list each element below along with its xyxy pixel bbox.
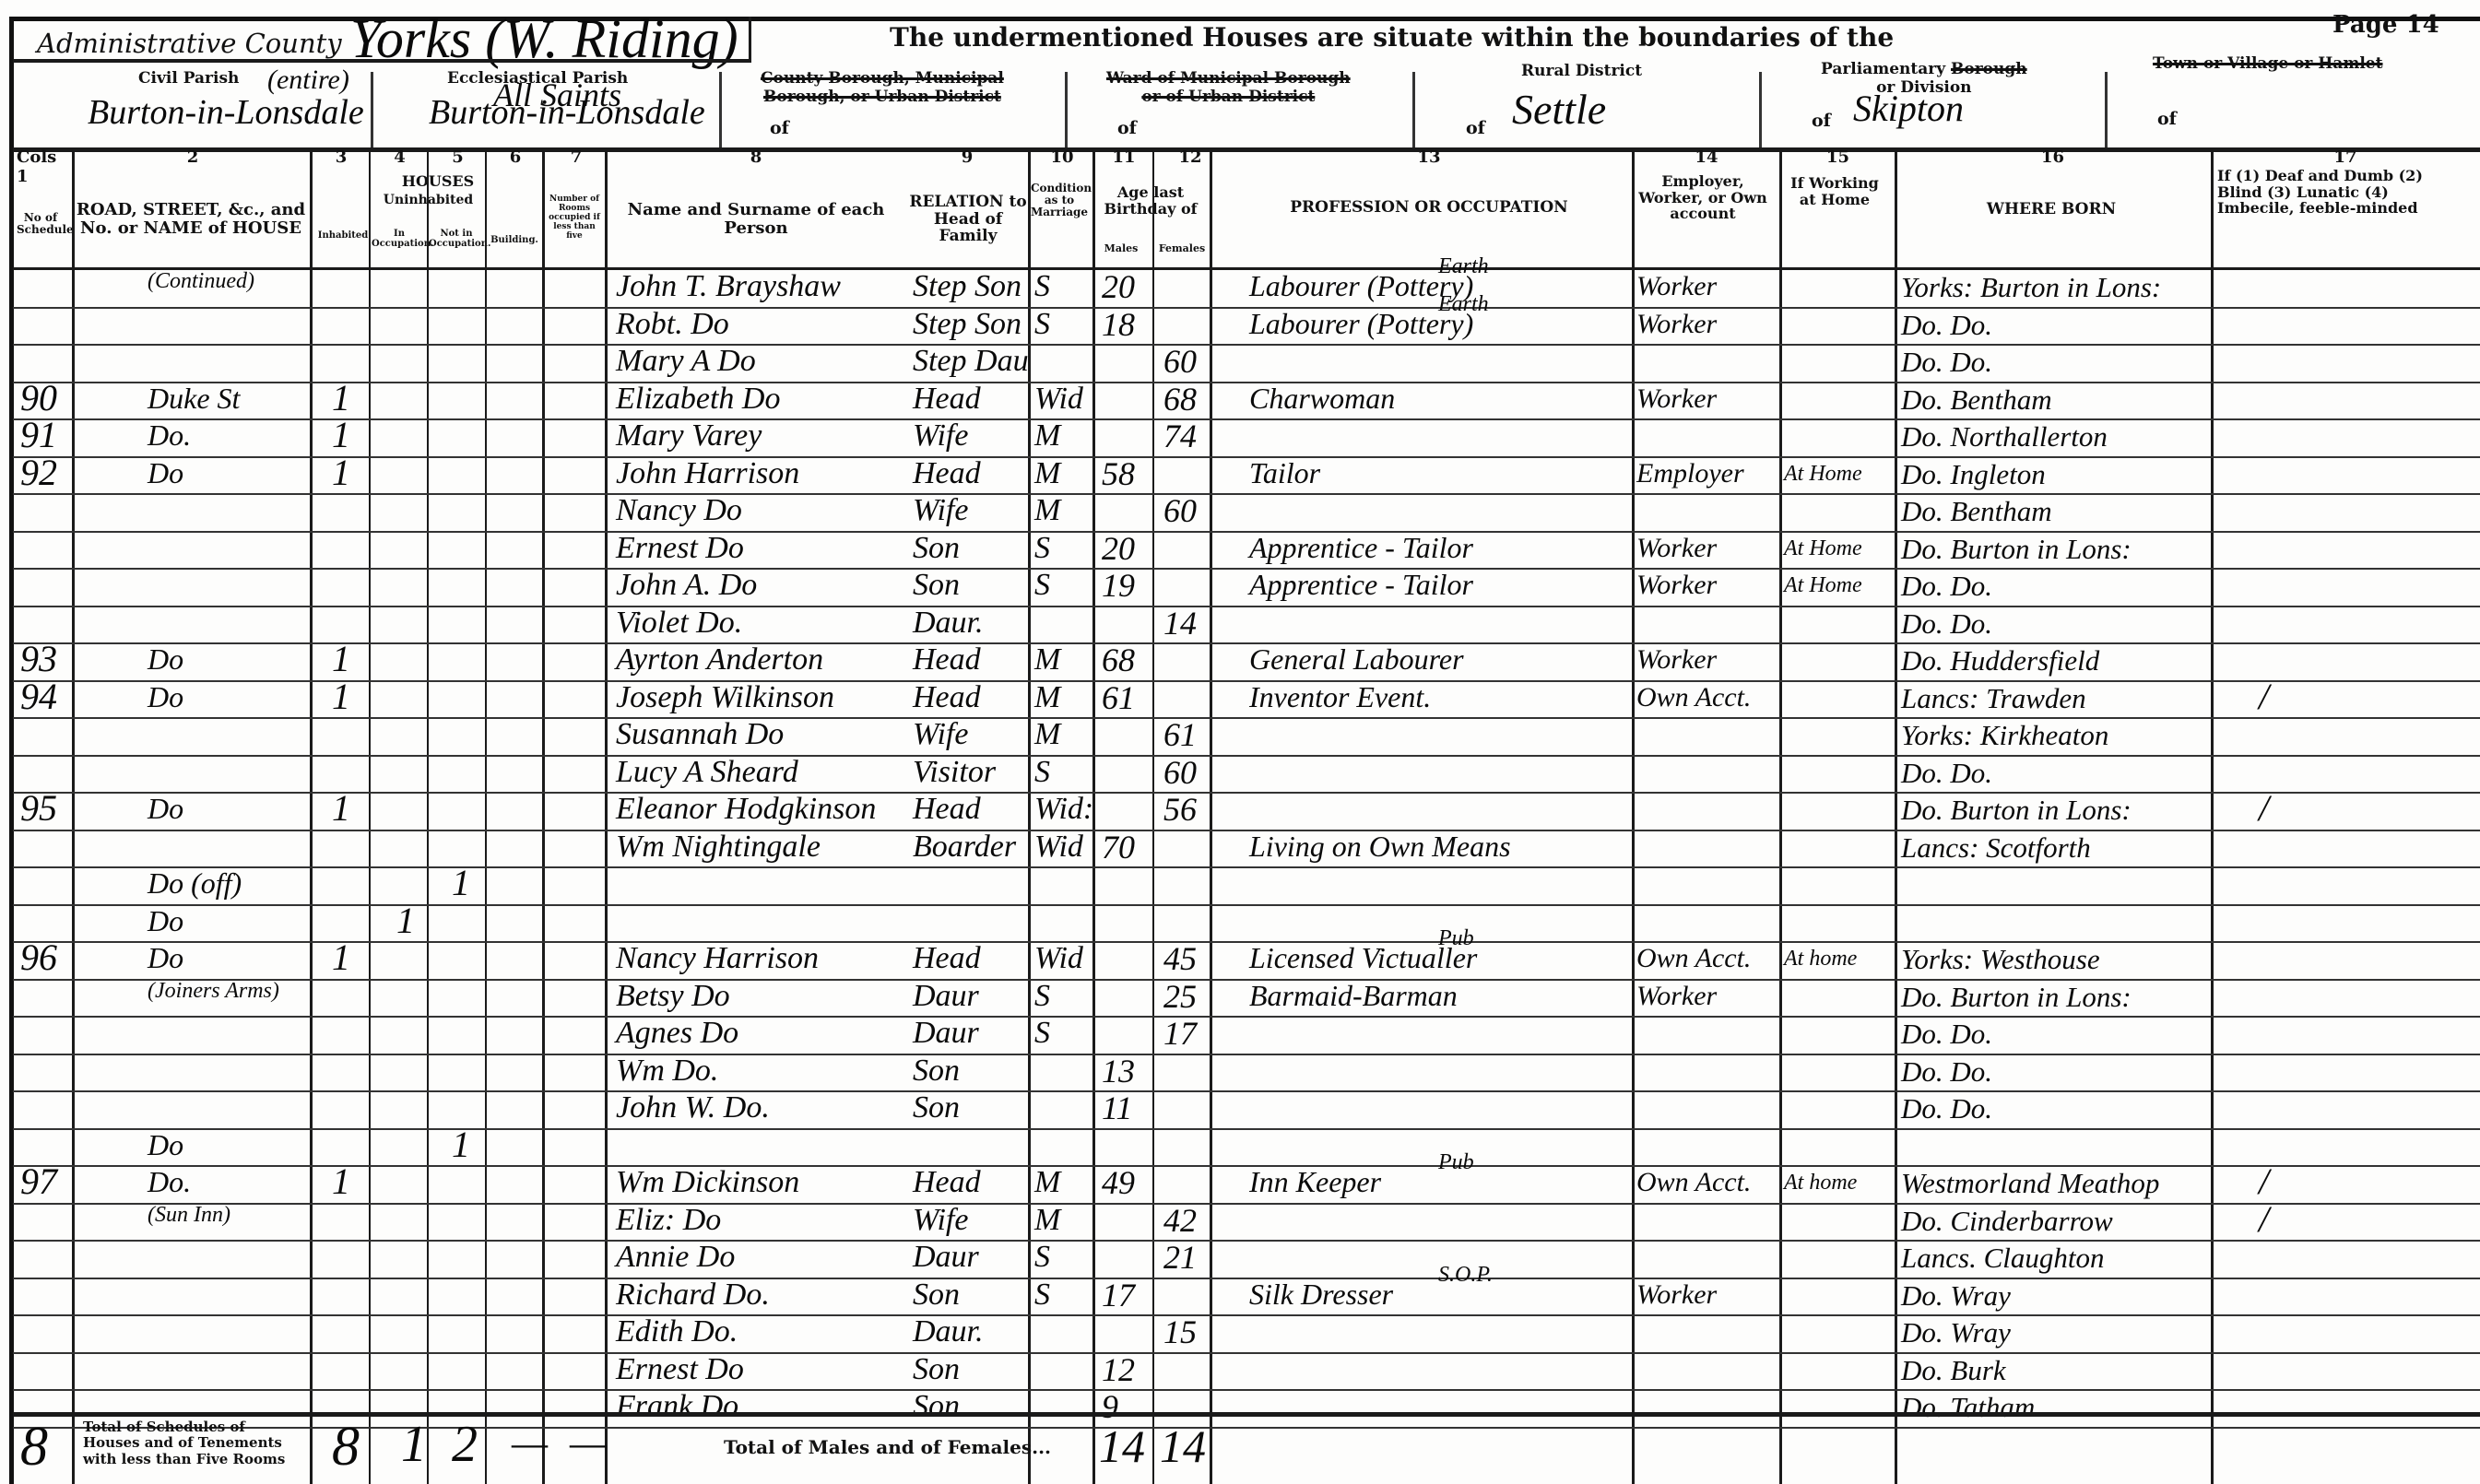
- cell-name: Violet Do.: [616, 606, 742, 641]
- column-number: 8: [608, 147, 903, 167]
- cell-relation: Daur: [913, 979, 979, 1014]
- title-divider: [749, 17, 751, 63]
- col-schedule-header: No of Schedule: [17, 212, 65, 236]
- cell-female-age: 74: [1163, 417, 1197, 455]
- cell-condition: Wid:: [1034, 792, 1093, 827]
- cell-address: Do.: [148, 1165, 191, 1199]
- cell-address: Duke St: [148, 382, 240, 416]
- cell-relation: Head: [913, 941, 981, 976]
- cell-name: Elizabeth Do: [616, 382, 780, 417]
- cell-name: Eliz: Do: [616, 1203, 721, 1238]
- civil-parish-note: (entire): [267, 65, 349, 96]
- cell-where-born: Do. Bentham: [1901, 495, 2052, 528]
- cell-condition: S: [1034, 755, 1050, 790]
- col-infirmity-header: If (1) Deaf and Dumb (2) Blind (3) Lunat…: [2217, 168, 2466, 217]
- cell-male-age: 70: [1102, 828, 1135, 866]
- cell-name: Ernest Do: [616, 531, 744, 566]
- column-rule: [485, 152, 487, 1484]
- cell-inhabited: 1: [332, 675, 350, 718]
- cell-female-age: 17: [1163, 1014, 1197, 1053]
- cell-employment: Worker: [1636, 1279, 1717, 1311]
- cell-schedule: 95: [20, 786, 57, 830]
- total-inhabited: 8: [332, 1415, 360, 1478]
- cell-where-born: Do. Ingleton: [1901, 458, 2046, 491]
- cell-female-age: 60: [1163, 753, 1197, 792]
- column-rule: [1895, 152, 1897, 1484]
- cell-female-age: 60: [1163, 342, 1197, 381]
- column-number: 13: [1226, 147, 1632, 167]
- cell-condition: M: [1034, 717, 1060, 752]
- col-age-header: Age last Birthday of: [1095, 184, 1206, 217]
- column-rule: [605, 152, 608, 1484]
- column-rule: [1152, 152, 1154, 1484]
- cell-condition: M: [1034, 418, 1060, 453]
- cell-schedule: 94: [20, 675, 57, 718]
- row-rule: [13, 1278, 2480, 1279]
- cell-relation: Head: [913, 1165, 981, 1200]
- of-label: of: [2157, 109, 2177, 129]
- cell-name: Wm Dickinson: [616, 1165, 799, 1200]
- cell-address: Do.: [148, 418, 191, 453]
- cell-name: Robt. Do: [616, 307, 729, 342]
- cell-employment: Worker: [1636, 533, 1717, 564]
- cell-occ-note: Pub: [1438, 1150, 1474, 1175]
- totals-label: Total of Schedules of Houses and of Tene…: [83, 1419, 300, 1467]
- cell-female-age: 68: [1163, 380, 1197, 418]
- of-label: of: [1812, 111, 1831, 131]
- cell-male-age: 68: [1102, 641, 1135, 679]
- row-rule: [13, 830, 2480, 831]
- row-rule: [13, 717, 2480, 719]
- cell-relation: Son: [913, 1054, 960, 1089]
- cell-relation: Son: [913, 1389, 960, 1424]
- column-number: 17: [2211, 147, 2480, 167]
- of-label: of: [1117, 118, 1137, 138]
- cell-notocc: 1: [452, 861, 470, 904]
- parliamentary-division-value: Skipton: [1853, 87, 1964, 130]
- cell-occ-note: Pub: [1438, 926, 1474, 951]
- column-rule: [310, 152, 313, 1484]
- cell-relation: Son: [913, 1278, 960, 1313]
- cell-name: Joseph Wilkinson: [616, 680, 834, 715]
- row-rule: [13, 680, 2480, 682]
- cell-employment: Worker: [1636, 271, 1717, 302]
- cell-condition: S: [1034, 979, 1050, 1014]
- cell-where-born: Yorks: Kirkheaton: [1901, 719, 2108, 752]
- cell-employment: Own Acct.: [1636, 682, 1751, 713]
- column-number: 15: [1781, 147, 1895, 167]
- header-divider: [371, 72, 373, 150]
- row-rule: [13, 1427, 2480, 1429]
- cell-condition: S: [1034, 568, 1050, 603]
- column-number: 6: [487, 147, 544, 167]
- cell-male-age: 58: [1102, 454, 1135, 493]
- cell-relation: Step Dau: [913, 344, 1029, 379]
- cell-female-age: 14: [1163, 604, 1197, 642]
- cell-employment: Worker: [1636, 309, 1717, 340]
- cell-relation: Head: [913, 680, 981, 715]
- eccl-parish-value: Burton-in-Lonsdale: [429, 92, 705, 133]
- cell-occupation: Tailor: [1249, 456, 1320, 490]
- header-divider: [1759, 72, 1762, 150]
- cell-infirmity: /: [2259, 786, 2269, 830]
- cell-where-born: Do. Do.: [1901, 1092, 1992, 1125]
- col-relation-header: RELATION to Head of Family: [908, 194, 1028, 245]
- cell-relation: Son: [913, 1090, 960, 1125]
- column-number: 12: [1154, 147, 1226, 167]
- cell-inhabited: 1: [332, 451, 350, 494]
- column-number: 16: [1895, 147, 2211, 167]
- cell-employment: Worker: [1636, 644, 1717, 676]
- cell-name: Mary A Do: [616, 344, 756, 379]
- column-number: 7: [544, 147, 608, 167]
- total-schedules: 8: [20, 1415, 48, 1478]
- frame-left-border: [9, 17, 14, 1484]
- cell-where-born: Do. Burton in Lons:: [1901, 533, 2132, 566]
- cell-address: (Continued): [148, 269, 254, 294]
- cell-name: Ayrton Anderton: [616, 642, 823, 677]
- total-rooms: —: [570, 1419, 606, 1466]
- cell-at-home: At Home: [1784, 536, 1862, 561]
- col-not-in-occupation-header: Not in Occupation.: [429, 229, 484, 249]
- cell-relation: Head: [913, 456, 981, 491]
- cell-where-born: Do. Cinderbarrow: [1901, 1205, 2113, 1238]
- column-rule: [427, 152, 429, 1484]
- cell-where-born: Do. Do.: [1901, 346, 1992, 379]
- cell-male-age: 13: [1102, 1052, 1135, 1090]
- column-rule: [2211, 152, 2214, 1484]
- cell-condition: S: [1034, 531, 1050, 566]
- cell-employment: Employer: [1636, 458, 1744, 489]
- column-number: 11: [1093, 147, 1154, 167]
- parliamentary-label-line1: Parliamentary Borough: [1821, 61, 2027, 79]
- total-males: 14: [1099, 1419, 1145, 1473]
- cell-name: Wm Nightingale: [616, 830, 821, 865]
- cell-relation: Daur: [913, 1016, 979, 1051]
- civil-parish-label: Civil Parish: [138, 70, 239, 88]
- cell-female-age: 56: [1163, 790, 1197, 829]
- town-label: Town or Village or Hamlet: [2153, 55, 2382, 74]
- cell-occupation: Living on Own Means: [1249, 830, 1511, 864]
- cell-address: Do: [148, 680, 183, 714]
- cell-where-born: Do. Burton in Lons:: [1901, 794, 2132, 827]
- civil-parish-value: Burton-in-Lonsdale: [88, 92, 364, 133]
- cell-address: Do: [148, 904, 183, 938]
- row-rule: [13, 904, 2480, 906]
- column-number: 14: [1632, 147, 1781, 167]
- cell-condition: M: [1034, 1165, 1060, 1200]
- cell-relation: Head: [913, 792, 981, 827]
- col-in-occupation-header: In Occupation.: [372, 229, 427, 249]
- cell-condition: M: [1034, 493, 1060, 528]
- cell-where-born: Do. Bentham: [1901, 383, 2052, 417]
- cell-where-born: Lancs: Scotforth: [1901, 831, 2091, 865]
- cell-where-born: Do. Burton in Lons:: [1901, 981, 2132, 1014]
- cell-name: Ernest Do: [616, 1352, 744, 1387]
- cell-male-age: 18: [1102, 305, 1135, 344]
- cell-relation: Step Son: [913, 307, 1022, 342]
- cell-name: Betsy Do: [616, 979, 730, 1014]
- cell-where-born: Yorks: Westhouse: [1901, 943, 2100, 976]
- cell-occupation: Inventor Event.: [1249, 680, 1431, 714]
- row-rule: [13, 1389, 2480, 1391]
- cell-male-age: 49: [1102, 1163, 1135, 1202]
- cell-occupation: Inn Keeper: [1249, 1165, 1381, 1199]
- cell-where-born: Do. Do.: [1901, 607, 1992, 641]
- cell-inhabited: 1: [332, 1160, 350, 1203]
- cell-relation: Daur.: [913, 1314, 984, 1349]
- cell-occupation: Apprentice - Tailor: [1249, 531, 1473, 565]
- column-number: Cols 1: [17, 147, 74, 186]
- county-borough-label-line1: County Borough, Municipal: [761, 70, 1004, 88]
- col-females-header: Females: [1156, 243, 1208, 254]
- cell-name: Frank Do: [616, 1389, 738, 1424]
- col-males-header: Males: [1095, 243, 1147, 254]
- cell-condition: Wid: [1034, 382, 1083, 417]
- cell-relation: Wife: [913, 493, 968, 528]
- cell-employment: Own Acct.: [1636, 943, 1751, 974]
- cell-male-age: 12: [1102, 1350, 1135, 1389]
- cell-male-age: 19: [1102, 566, 1135, 605]
- column-rule: [1632, 152, 1635, 1484]
- cell-name: John W. Do.: [616, 1090, 770, 1125]
- col-building-header: Building.: [486, 235, 543, 245]
- cell-name: Wm Do.: [616, 1054, 718, 1089]
- cell-at-home: At Home: [1784, 462, 1862, 487]
- row-rule: [13, 941, 2480, 943]
- cell-address: (Sun Inn): [148, 1203, 230, 1228]
- cell-female-age: 21: [1163, 1238, 1197, 1277]
- cell-occupation: Apprentice - Tailor: [1249, 568, 1473, 602]
- column-rule: [542, 152, 545, 1484]
- col-rooms-header: Number of Rooms occupied if less than fi…: [546, 195, 603, 241]
- cell-relation: Daur.: [913, 606, 984, 641]
- total-not-in-occupation: 2: [452, 1415, 478, 1474]
- cell-where-born: Yorks: Burton in Lons:: [1901, 271, 2161, 304]
- cell-female-age: 60: [1163, 491, 1197, 530]
- cell-condition: S: [1034, 1016, 1050, 1051]
- cell-address: Do: [148, 1128, 183, 1162]
- cell-female-age: 15: [1163, 1313, 1197, 1351]
- col-employer-header: Employer, Worker, or Own account: [1634, 173, 1772, 222]
- row-rule: [13, 344, 2480, 346]
- of-label: of: [1466, 118, 1485, 138]
- cell-name: John Harrison: [616, 456, 799, 491]
- total-in-occupation: 1: [401, 1415, 427, 1474]
- col-road-header: ROAD, STREET, &c., and No. or NAME of HO…: [76, 201, 306, 238]
- cell-female-age: 25: [1163, 977, 1197, 1016]
- cell-relation: Boarder: [913, 830, 1016, 865]
- of-label: of: [770, 118, 789, 138]
- cell-unocc: 1: [396, 899, 415, 942]
- cell-relation: Head: [913, 642, 981, 677]
- row-rule: [13, 606, 2480, 607]
- cell-condition: S: [1034, 269, 1050, 304]
- cell-address: Do: [148, 642, 183, 677]
- row-rule: [13, 642, 2480, 644]
- cell-where-born: Do. Wray: [1901, 1279, 2011, 1313]
- cell-male-age: 17: [1102, 1276, 1135, 1314]
- cell-employment: Worker: [1636, 383, 1717, 415]
- cell-condition: M: [1034, 642, 1060, 677]
- cell-condition: Wid: [1034, 830, 1083, 865]
- header-divider: [2105, 72, 2108, 150]
- cell-male-age: 20: [1102, 267, 1135, 306]
- cell-condition: M: [1034, 456, 1060, 491]
- cell-relation: Visitor: [913, 755, 996, 790]
- cell-where-born: Westmorland Meathop: [1901, 1167, 2159, 1200]
- row-rule: [13, 382, 2480, 383]
- col-where-born-header: WHERE BORN: [1899, 201, 2203, 218]
- row-rule: [13, 1314, 2480, 1316]
- cell-where-born: Do. Tatham: [1901, 1391, 2035, 1424]
- ward-label-line2: or of Urban District: [1106, 88, 1351, 107]
- cell-relation: Son: [913, 568, 960, 603]
- cell-schedule: 92: [20, 451, 57, 494]
- cell-occupation: General Labourer: [1249, 642, 1464, 677]
- total-males-females-label: Total of Males and of Females...: [724, 1436, 1051, 1458]
- cell-occ-note: Earth: [1438, 254, 1489, 279]
- county-borough-label: County Borough, Municipal Borough, or Ur…: [761, 70, 1004, 106]
- column-number: 9: [903, 147, 1031, 167]
- cell-female-age: 42: [1163, 1201, 1197, 1240]
- col-working-home-header: If Working at Home: [1784, 175, 1885, 207]
- column-number: 5: [429, 147, 487, 167]
- cell-address: Do: [148, 456, 183, 490]
- cell-relation: Son: [913, 531, 960, 566]
- row-rule: [13, 418, 2480, 420]
- cell-where-born: Lancs. Claughton: [1901, 1242, 2104, 1275]
- row-rule: [13, 1240, 2480, 1242]
- column-number: 2: [74, 147, 312, 167]
- cell-condition: S: [1034, 1278, 1050, 1313]
- cell-relation: Wife: [913, 717, 968, 752]
- row-rule: [13, 493, 2480, 495]
- column-number: 10: [1031, 147, 1093, 167]
- title-underline: [13, 59, 750, 63]
- row-rule: [13, 1128, 2480, 1130]
- cell-condition: S: [1034, 1240, 1050, 1275]
- cell-relation: Step Son: [913, 269, 1022, 304]
- cell-occ-note: S.O.P.: [1438, 1263, 1493, 1288]
- row-rule: [13, 1016, 2480, 1018]
- total-females: 14: [1160, 1419, 1206, 1473]
- cell-where-born: Do. Huddersfield: [1901, 644, 2099, 677]
- header-divider: [719, 72, 722, 150]
- cell-relation: Son: [913, 1352, 960, 1387]
- cell-employment: Worker: [1636, 570, 1717, 601]
- totals-separator: [13, 1412, 2480, 1417]
- cell-where-born: Do. Do.: [1901, 757, 1992, 790]
- cell-inhabited: 1: [332, 936, 350, 979]
- cell-address: Do (off): [148, 866, 242, 901]
- cell-at-home: At home: [1784, 947, 1857, 972]
- cell-relation: Daur: [913, 1240, 979, 1275]
- col-name-header: Name and Surname of each Person: [618, 201, 894, 238]
- row-rule: [13, 1054, 2480, 1055]
- total-building: —: [512, 1419, 548, 1466]
- cell-where-born: Do. Wray: [1901, 1316, 2011, 1349]
- cell-name: Edith Do.: [616, 1314, 738, 1349]
- column-number: 3: [312, 147, 371, 167]
- cell-where-born: Do. Do.: [1901, 309, 1992, 342]
- cell-female-age: 61: [1163, 715, 1197, 754]
- row-rule: [13, 755, 2480, 757]
- cell-condition: Wid: [1034, 941, 1083, 976]
- row-rule: [13, 866, 2480, 868]
- cell-male-age: 61: [1102, 678, 1135, 717]
- cell-female-age: 45: [1163, 939, 1197, 978]
- cell-name: Annie Do: [616, 1240, 735, 1275]
- header-divider: [1065, 72, 1068, 150]
- cell-employment: Worker: [1636, 981, 1717, 1012]
- cell-male-age: 11: [1102, 1089, 1132, 1127]
- cell-name: Nancy Do: [616, 493, 742, 528]
- cell-where-born: Do. Do.: [1901, 1055, 1992, 1089]
- row-rule: [13, 1352, 2480, 1354]
- cell-condition: S: [1034, 307, 1050, 342]
- column-header-bottom: [13, 267, 2480, 270]
- cell-name: Agnes Do: [616, 1016, 738, 1051]
- row-rule: [13, 568, 2480, 570]
- cell-schedule: 97: [20, 1160, 57, 1203]
- cell-occ-note: Earth: [1438, 292, 1489, 317]
- page-number: Page 14: [2332, 11, 2439, 39]
- cell-employment: Own Acct.: [1636, 1167, 1751, 1198]
- column-rule: [1210, 152, 1212, 1484]
- header-divider: [1412, 72, 1415, 150]
- col-inhabited-header: Inhabited: [315, 230, 371, 241]
- column-rule: [1779, 152, 1782, 1484]
- cell-male-age: 20: [1102, 529, 1135, 568]
- cell-infirmity: /: [2259, 675, 2269, 718]
- cell-infirmity: /: [2259, 1197, 2269, 1241]
- row-rule: [13, 456, 2480, 458]
- cell-where-born: Do. Do.: [1901, 1018, 1992, 1051]
- cell-name: Mary Varey: [616, 418, 762, 453]
- col-condition-header: Condition as to Marriage: [1031, 183, 1088, 219]
- cell-condition: M: [1034, 1203, 1060, 1238]
- column-rule: [369, 152, 371, 1484]
- cell-schedule: 96: [20, 936, 57, 979]
- cell-address: Do: [148, 792, 183, 826]
- row-rule: [13, 1090, 2480, 1092]
- cell-where-born: Lancs: Trawden: [1901, 682, 2086, 715]
- cell-occupation: Silk Dresser: [1249, 1278, 1393, 1312]
- column-rule: [72, 152, 75, 1484]
- county-borough-label-line2: Borough, or Urban District: [761, 88, 1004, 107]
- census-page: Administrative County Yorks (W. Riding) …: [0, 0, 2480, 1484]
- ward-label-line1: Ward of Municipal Borough: [1106, 70, 1351, 88]
- cell-at-home: At Home: [1784, 573, 1862, 598]
- rural-district-value: Settle: [1512, 85, 1606, 134]
- cell-name: John T. Brayshaw: [616, 269, 841, 304]
- cell-occupation: Barmaid-Barman: [1249, 979, 1458, 1013]
- cell-name: Eleanor Hodgkinson: [616, 792, 876, 827]
- cell-relation: Head: [913, 382, 981, 417]
- rural-district-label: Rural District: [1521, 63, 1642, 81]
- cell-relation: Wife: [913, 418, 968, 453]
- cell-condition: M: [1034, 680, 1060, 715]
- col-occupation-header: PROFESSION OR OCCUPATION: [1254, 199, 1604, 217]
- column-number: 4: [371, 147, 429, 167]
- cell-name: John A. Do: [616, 568, 757, 603]
- cell-relation: Wife: [913, 1203, 968, 1238]
- cell-where-born: Do. Do.: [1901, 570, 1992, 603]
- cell-name: Susannah Do: [616, 717, 784, 752]
- cell-notocc: 1: [452, 1123, 470, 1166]
- cell-where-born: Do. Northallerton: [1901, 420, 2108, 453]
